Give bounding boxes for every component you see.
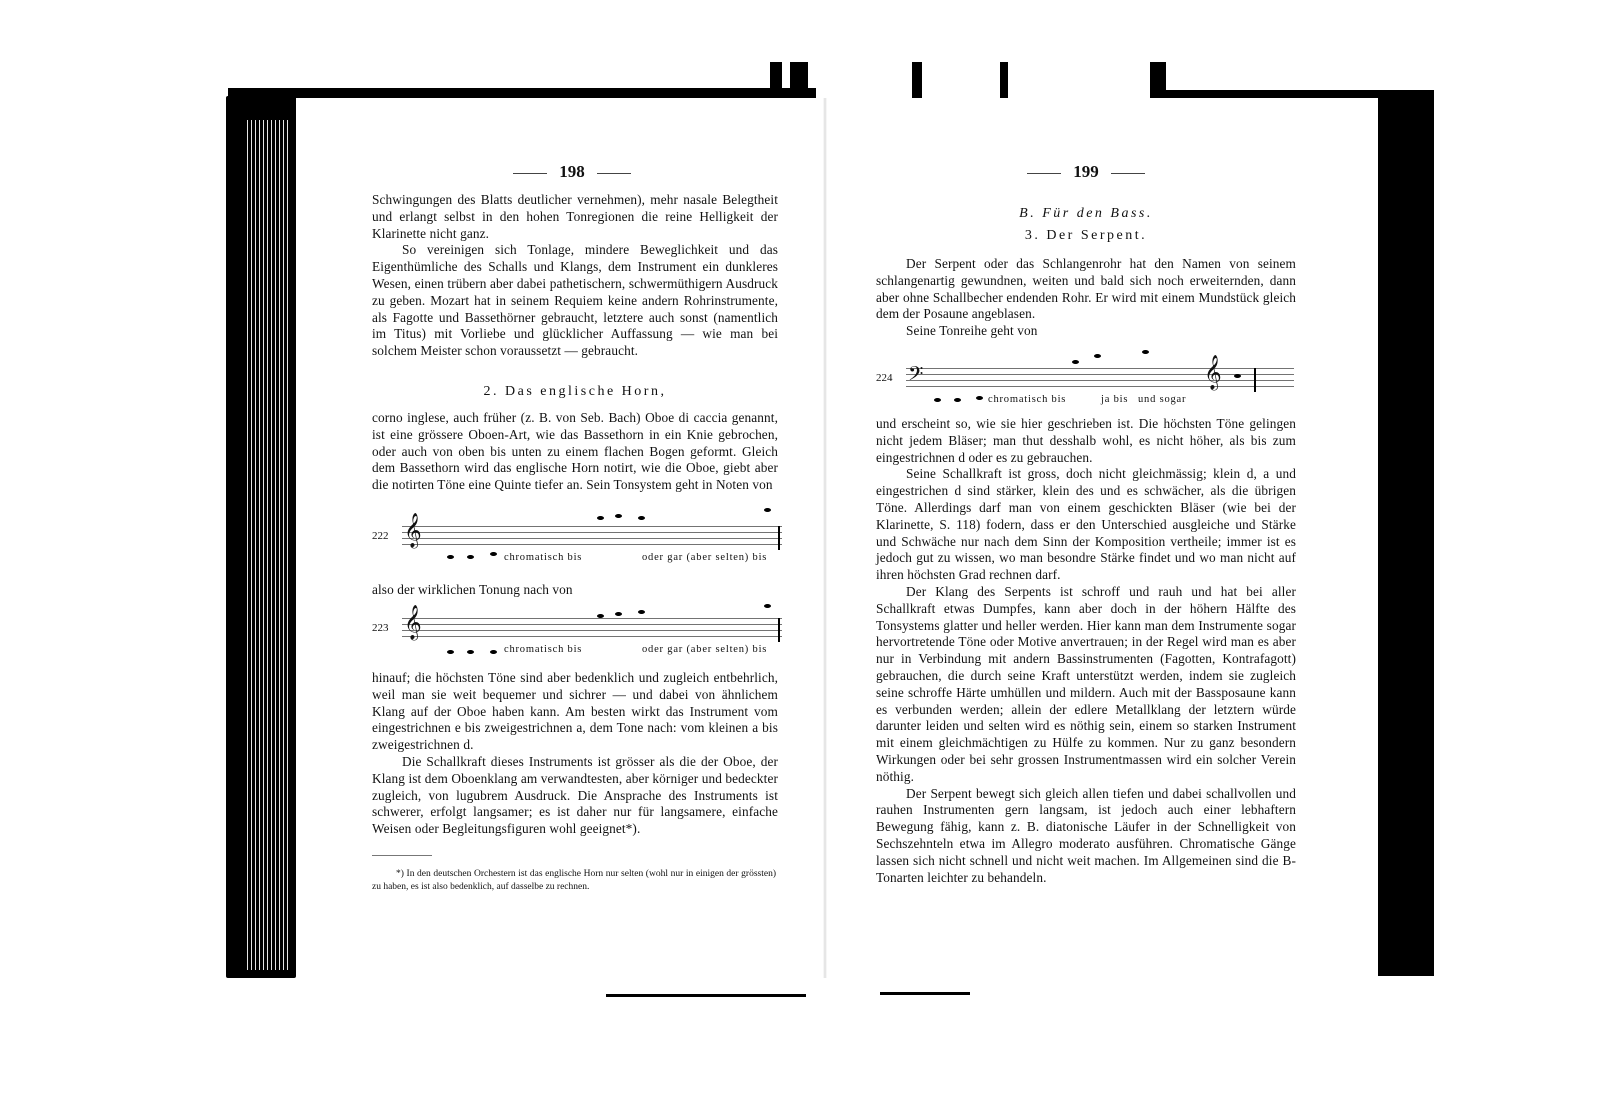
between-examples: also der wirklichen Tonung nach von: [372, 582, 778, 599]
note-icon: [976, 396, 983, 400]
barline: [778, 618, 780, 642]
paragraph: Seine Tonreihe geht von: [876, 323, 1296, 340]
treble-clef-icon: 𝄞: [404, 608, 422, 638]
footnote: *) In den deutschen Orchestern ist das e…: [372, 868, 776, 894]
example-number: 224: [876, 372, 893, 384]
example-caption: chromatisch bis: [988, 394, 1066, 405]
note-icon: [764, 508, 771, 512]
note-icon: [954, 398, 961, 402]
section-heading: B. Für den Bass.: [876, 206, 1296, 222]
example-caption: ja bis: [1101, 394, 1128, 405]
page-tab: [1150, 62, 1166, 98]
note-icon: [1142, 350, 1149, 354]
footnote-rule: [372, 855, 432, 856]
example-caption: chromatisch bis: [504, 552, 582, 563]
page-number-text: 199: [1073, 162, 1099, 181]
barline: [1254, 368, 1256, 392]
example-caption: oder gar (aber selten) bis: [642, 552, 767, 563]
page-number-text: 198: [559, 162, 585, 181]
example-number: 223: [372, 622, 389, 634]
barline: [778, 526, 780, 550]
note-icon: [597, 614, 604, 618]
example-caption: chromatisch bis: [504, 644, 582, 655]
page-number-right: 199: [876, 162, 1296, 182]
note-icon: [490, 650, 497, 654]
example-caption: oder gar (aber selten) bis: [642, 644, 767, 655]
paragraph: Der Serpent oder das Schlangenrohr hat d…: [876, 256, 1296, 323]
section-heading: 2. Das englische Horn,: [372, 384, 778, 400]
note-icon: [467, 650, 474, 654]
staff-lines: [906, 368, 1294, 392]
example-number: 222: [372, 530, 389, 542]
note-icon: [597, 516, 604, 520]
bass-clef-icon: 𝄢: [908, 362, 923, 392]
paragraph: Schwingungen des Blatts deutlicher verne…: [372, 192, 778, 242]
page-bottom-edge: [606, 994, 806, 997]
note-icon: [490, 552, 497, 556]
page-number-left: 198: [372, 162, 772, 182]
staff-lines: [402, 618, 782, 642]
paragraph: Die Schallkraft dieses Instruments ist g…: [372, 754, 778, 838]
treble-clef-icon: 𝄞: [404, 516, 422, 546]
section-intro: corno inglese, auch früher (z. B. von Se…: [372, 410, 778, 494]
music-example-224: 224 𝄢 chromatisch bis ja bis und sogar 𝄞: [876, 362, 1294, 408]
note-icon: [1072, 360, 1079, 364]
subsection-heading: 3. Der Serpent.: [876, 228, 1296, 244]
note-icon: [615, 612, 622, 616]
treble-clef-icon: 𝄞: [1204, 358, 1222, 388]
music-example-223: 223 𝄞 chromatisch bis oder gar (aber sel…: [372, 612, 782, 662]
note-icon: [447, 555, 454, 559]
note-icon: [638, 610, 645, 614]
music-example-222: 222 𝄞 chromatisch bis oder gar (aber sel…: [372, 520, 782, 570]
paragraph: Der Serpent bewegt sich gleich allen tie…: [876, 786, 1296, 887]
note-icon: [615, 514, 622, 518]
left-text-bottom: hinauf; die höchsten Töne sind aber bede…: [372, 670, 778, 838]
note-icon: [764, 604, 771, 608]
note-icon: [934, 398, 941, 402]
note-icon: [1234, 374, 1241, 378]
page-tab: [1000, 62, 1008, 98]
note-icon: [638, 516, 645, 520]
page-tab: [770, 62, 782, 98]
right-text-top: Der Serpent oder das Schlangenrohr hat d…: [876, 256, 1296, 340]
example-caption: und sogar: [1138, 394, 1186, 405]
right-text-main: und erscheint so, wie sie hier geschrieb…: [876, 416, 1296, 886]
page-bottom-edge: [880, 992, 970, 995]
paragraph: Seine Schallkraft ist gross, doch nicht …: [876, 466, 1296, 584]
paragraph: und erscheint so, wie sie hier geschrieb…: [876, 416, 1296, 466]
book-cover-right: [1378, 96, 1434, 976]
page-edges-left: [244, 120, 288, 970]
paragraph: hinauf; die höchsten Töne sind aber bede…: [372, 670, 778, 754]
paragraph: Der Klang des Serpents ist schroff und r…: [876, 584, 1296, 786]
page-tab: [790, 62, 808, 98]
book-gutter: [823, 98, 827, 978]
note-icon: [447, 650, 454, 654]
note-icon: [467, 555, 474, 559]
page-tab: [912, 62, 922, 98]
staff-lines: [402, 526, 782, 550]
book-cover-top-left: [228, 88, 816, 98]
paragraph: So vereinigen sich Tonlage, mindere Bewe…: [372, 242, 778, 360]
note-icon: [1094, 354, 1101, 358]
left-text-top: Schwingungen des Blatts deutlicher verne…: [372, 192, 778, 360]
